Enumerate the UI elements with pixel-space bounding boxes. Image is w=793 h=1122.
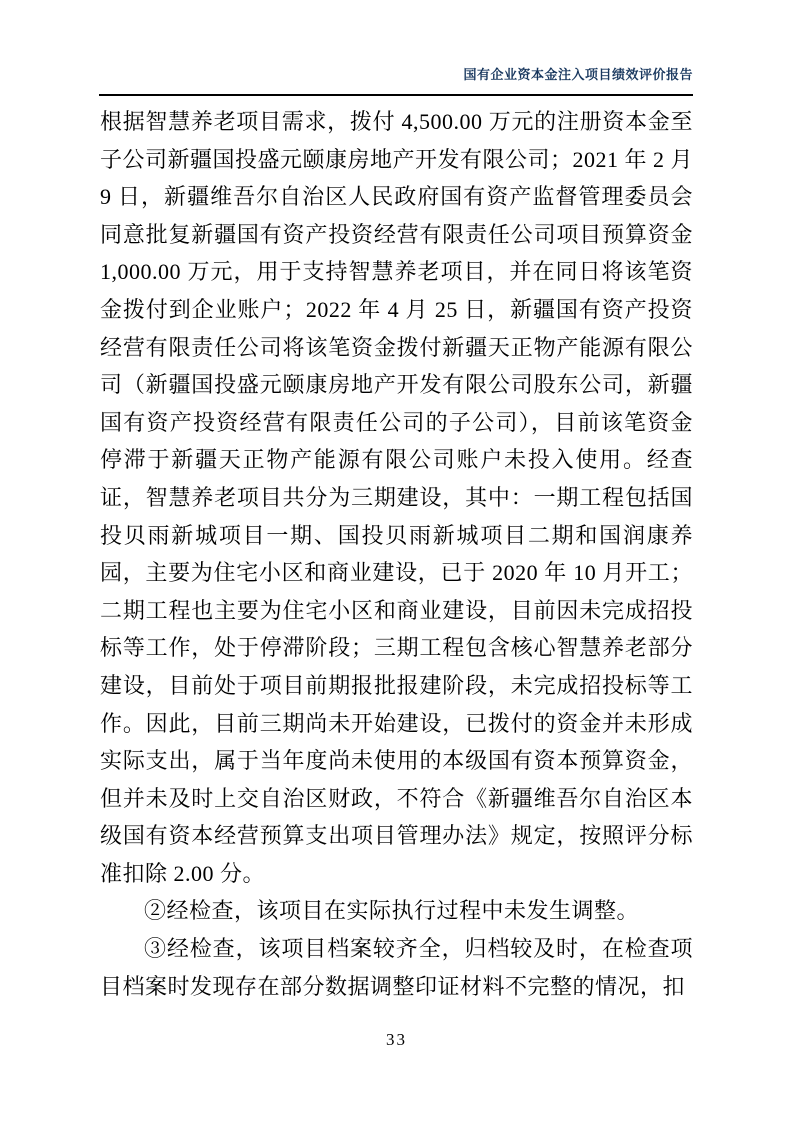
page-footer: 33 xyxy=(0,1030,793,1050)
paragraph-continuation: 根据智慧养老项目需求，拨付 4,500.00 万元的注册资本金至子公司新疆国投盛… xyxy=(100,103,693,892)
document-body: 根据智慧养老项目需求，拨付 4,500.00 万元的注册资本金至子公司新疆国投盛… xyxy=(100,103,693,1005)
paragraph-item-3: ③经检查，该项目档案较齐全，归档较及时，在检查项目档案时发现存在部分数据调整印证… xyxy=(100,930,693,1005)
page-header: 国有企业资本金注入项目绩效评价报告 xyxy=(99,64,693,89)
paragraph-item-2: ②经检查，该项目在实际执行过程中未发生调整。 xyxy=(100,892,693,930)
header-title: 国有企业资本金注入项目绩效评价报告 xyxy=(463,67,693,82)
document-page: 国有企业资本金注入项目绩效评价报告 根据智慧养老项目需求，拨付 4,500.00… xyxy=(0,0,793,1122)
header-rule-divider xyxy=(99,94,693,96)
page-number: 33 xyxy=(386,1030,407,1049)
